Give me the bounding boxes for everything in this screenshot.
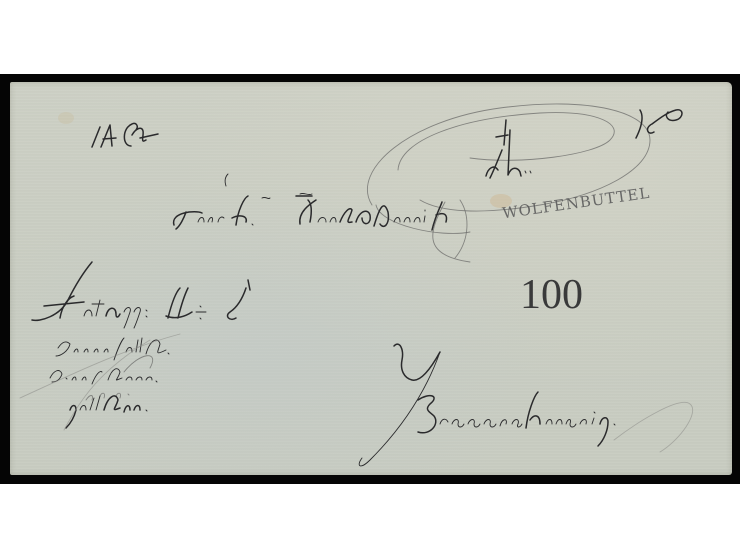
- rate-marking: 14 Gr: [0, 0, 158, 147]
- charge-marking-100: 100: [520, 272, 583, 318]
- numeral-eight: 8: [0, 0, 682, 133]
- paraph-monogram: H.: [0, 0, 531, 178]
- address-line-1: Fürstl. Landesherrschaft: [0, 0, 470, 262]
- handwriting-layer: 14 Gr 8 H. WOLFENBUTTEL: [0, 0, 740, 557]
- postmark-text: WOLFENBUTTEL: [501, 184, 651, 223]
- charge-marking-text: 100: [520, 272, 583, 318]
- destination-braunschweig: Braunschweig.: [0, 0, 693, 466]
- postmark-wolfenbuttel: WOLFENBUTTEL: [501, 184, 651, 223]
- sender-notes: Actenstück Nr. 5 Herrschaftl. Rentkasse …: [0, 0, 250, 430]
